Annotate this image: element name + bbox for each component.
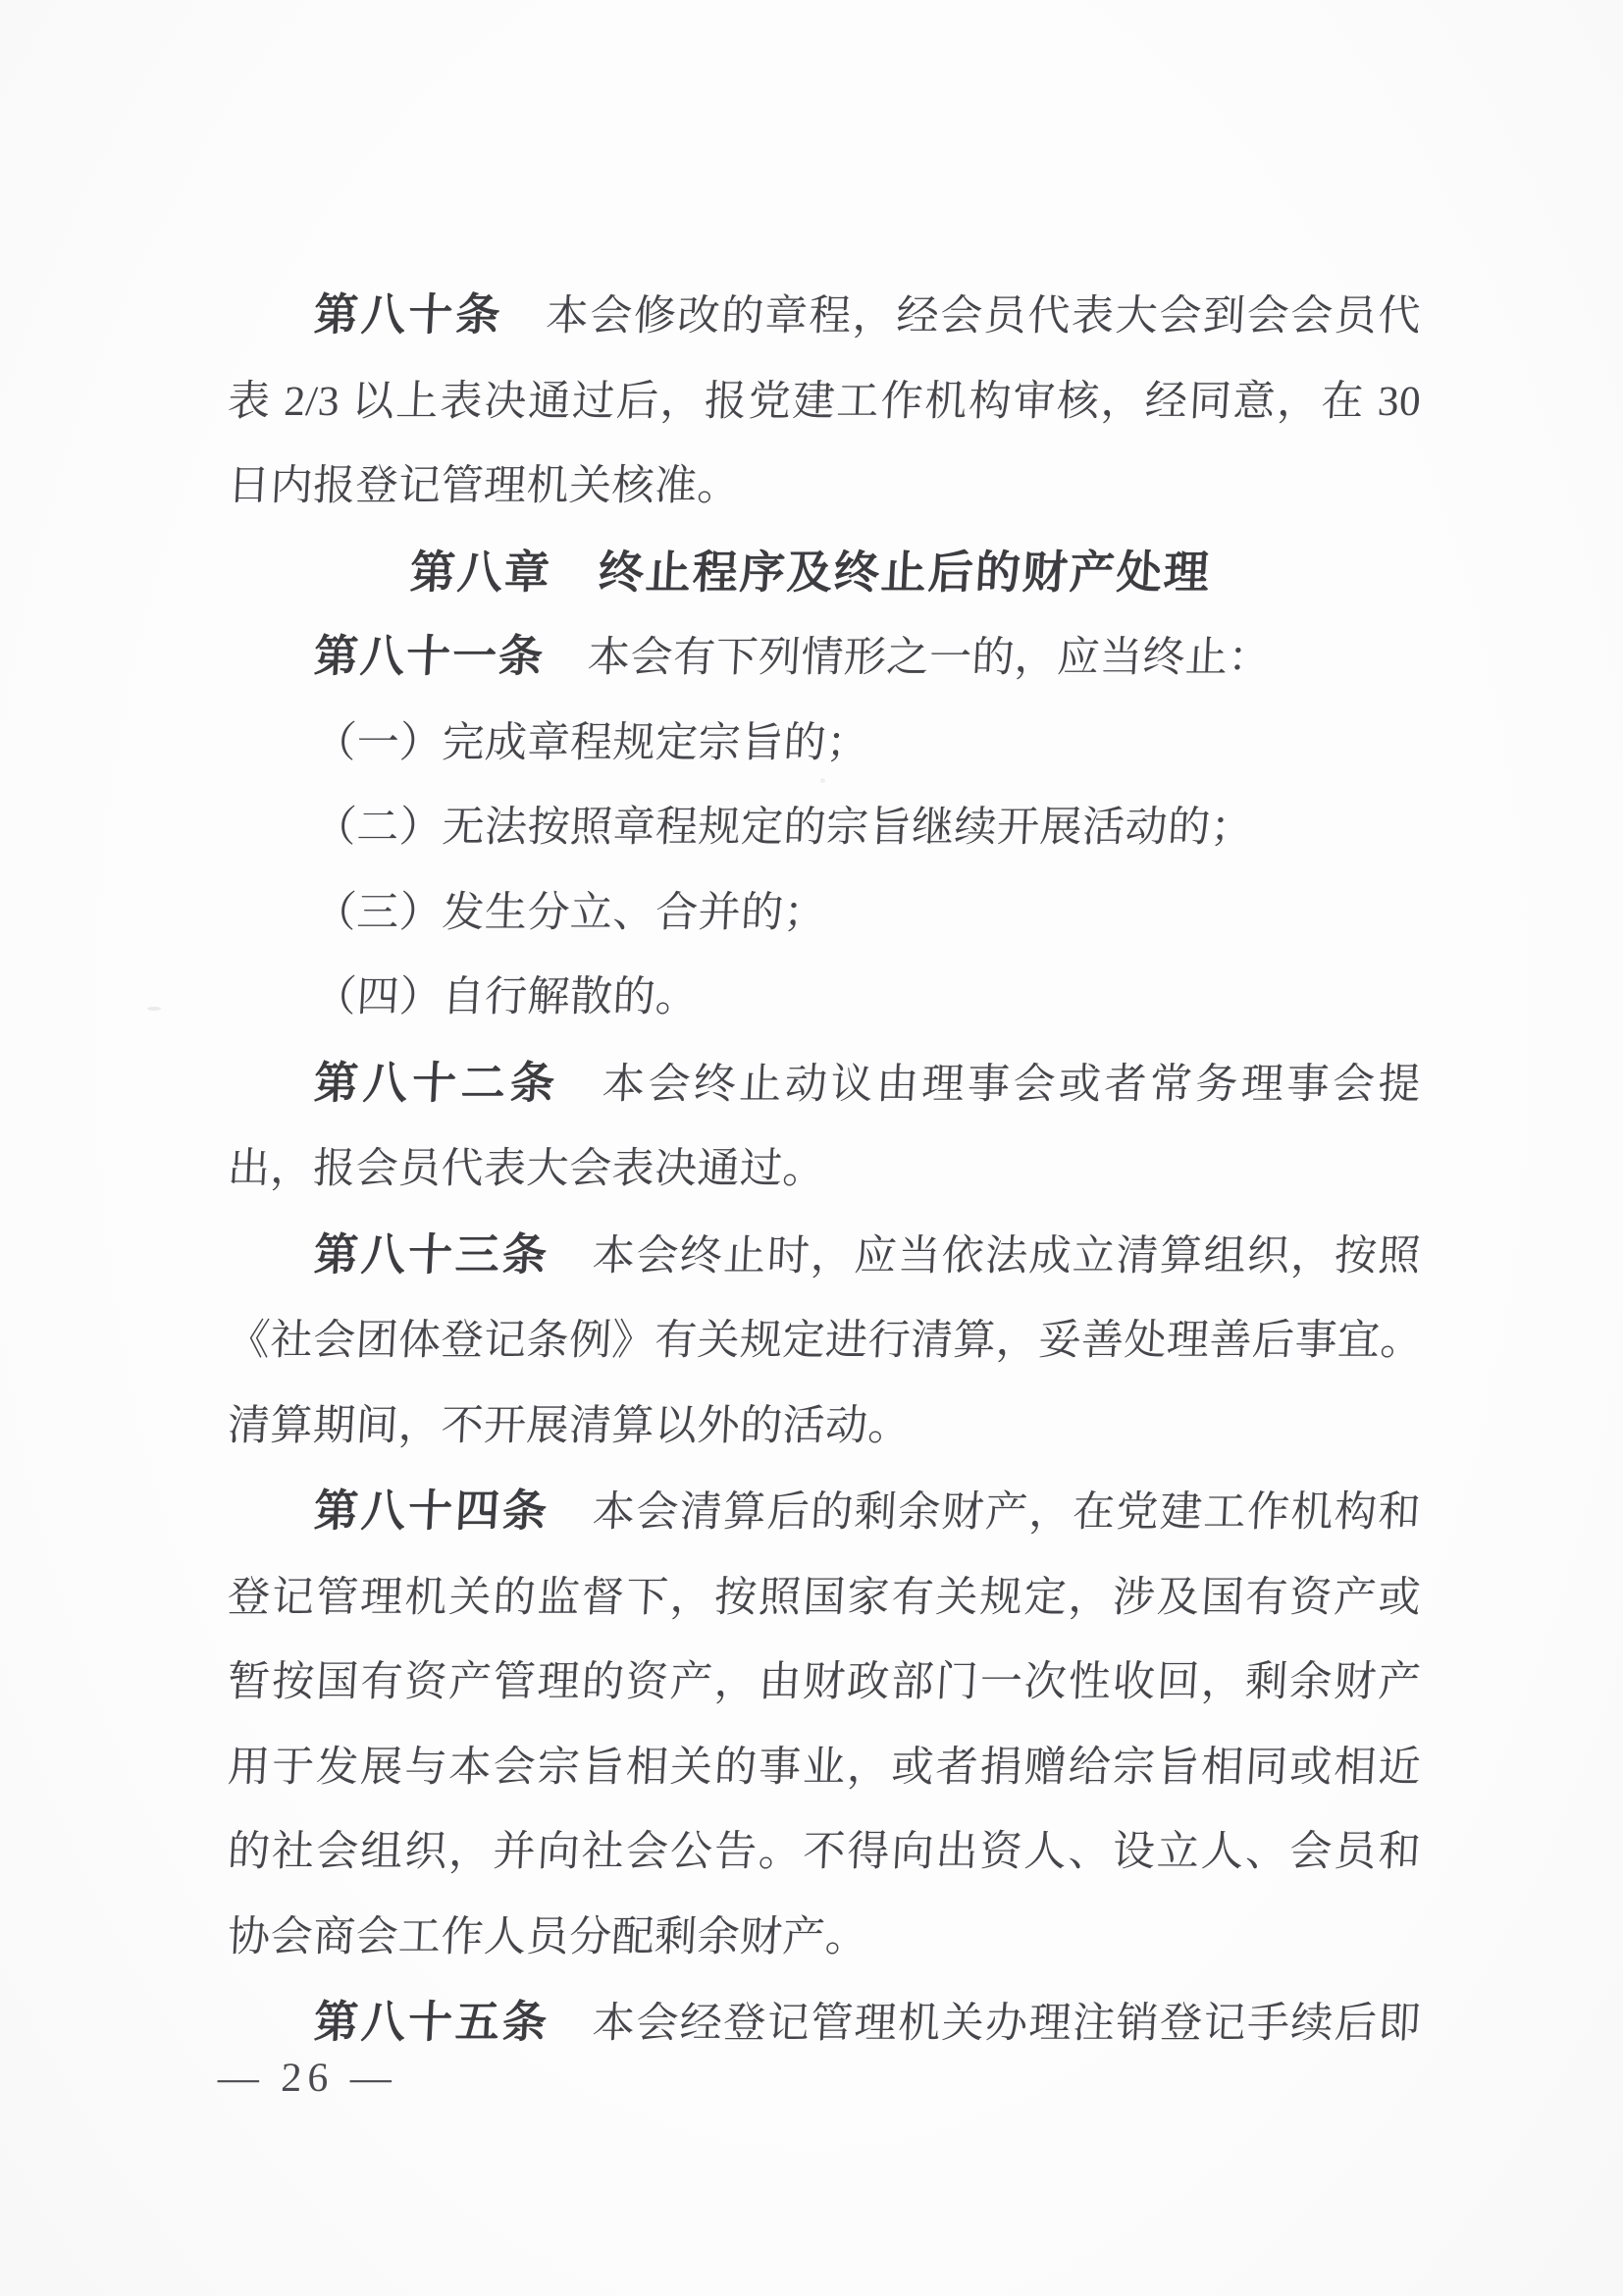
document-line: 的社会组织，并向社会公告。不得向出资人、设立人、会员和 (226, 1810, 1424, 1896)
line-text: （三）发生分立、合并的； (313, 890, 827, 936)
article-number-label: 第八十条 (313, 289, 504, 339)
document-line: 第八十五条本会经登记管理机关办理注销登记手续后即 (226, 1980, 1424, 2067)
line-text: （四）自行解散的。 (313, 974, 700, 1020)
line-text: 清算期间，不开展清算以外的活动。 (227, 1403, 912, 1449)
document-line: 第八十三条本会终止时，应当依法成立清算组织，按照 (226, 1213, 1424, 1300)
document-line: 日内报登记管理机关核准。 (226, 444, 1424, 530)
line-text: 的社会组织，并向社会公告。不得向出资人、设立人、会员和 (227, 1829, 1422, 1875)
scanned-document-page: 第八十条本会修改的章程，经会员代表大会到会会员代表 2/3 以上表决通过后，报党… (0, 0, 1623, 2296)
scan-speckle (147, 1007, 161, 1011)
document-line: 用于发展与本会宗旨相关的事业，或者捐赠给宗旨相同或相近 (226, 1726, 1424, 1811)
line-text: 用于发展与本会宗旨相关的事业，或者捐赠给宗旨相同或相近 (227, 1745, 1422, 1791)
document-line: 第八十一条本会有下列情形之一的，应当终止： (226, 614, 1424, 702)
article-number-label: 第八十四条 (313, 1486, 551, 1536)
document-line: 登记管理机关的监督下，按照国家有关规定，涉及国有资产或 (226, 1556, 1424, 1642)
line-text: 本会终止时，应当依法成立清算组织，按照 (592, 1233, 1423, 1279)
line-text: 本会有下列情形之一的，应当终止： (587, 635, 1272, 681)
line-text: 《社会团体登记条例》有关规定进行清算，妥善处理善后事宜。 (227, 1318, 1424, 1364)
line-text: 本会清算后的剩余财产，在党建工作机构和 (592, 1489, 1423, 1536)
document-line: （四）自行解散的。 (226, 956, 1424, 1041)
document-line: （一）完成章程规定宗旨的； (226, 702, 1424, 787)
document-line: 第八十四条本会清算后的剩余财产，在党建工作机构和 (226, 1469, 1424, 1556)
document-body: 第八十条本会修改的章程，经会员代表大会到会会员代表 2/3 以上表决通过后，报党… (228, 273, 1421, 2067)
document-line: （二）无法按照章程规定的宗旨继续开展活动的； (226, 786, 1424, 871)
line-text: 表 2/3 以上表决通过后，报党建工作机构审核，经同意，在 30 (227, 379, 1422, 425)
line-text: 协会商会工作人员分配剩余财产。 (227, 1914, 869, 1960)
article-number-label: 第八十五条 (313, 1997, 551, 2047)
chapter-heading: 第八章 终止程序及终止后的财产处理 (226, 530, 1424, 615)
document-line: 协会商会工作人员分配剩余财产。 (226, 1896, 1424, 1981)
line-text: 日内报登记管理机关核准。 (227, 463, 741, 509)
article-number-label: 第八十二条 (313, 1058, 561, 1108)
document-line: （三）发生分立、合并的； (226, 871, 1424, 957)
line-text: 暂按国有资产管理的资产，由财政部门一次性收回，剩余财产 (227, 1659, 1422, 1705)
line-text: （一）完成章程规定宗旨的； (313, 720, 870, 766)
line-text: 出，报会员代表大会表决通过。 (227, 1146, 826, 1192)
article-number-label: 第八十三条 (313, 1229, 551, 1279)
document-line: 第八十条本会修改的章程，经会员代表大会到会会员代 (226, 273, 1424, 360)
line-text: （二）无法按照章程规定的宗旨继续开展活动的； (313, 805, 1254, 851)
line-text: 本会终止动议由理事会或者常务理事会提 (602, 1062, 1422, 1108)
article-number-label: 第八十一条 (313, 631, 547, 681)
document-line: 暂按国有资产管理的资产，由财政部门一次性收回，剩余财产 (226, 1641, 1424, 1726)
document-line: 表 2/3 以上表决通过后，报党建工作机构审核，经同意，在 30 (226, 360, 1424, 445)
document-line: 出，报会员代表大会表决通过。 (226, 1127, 1424, 1213)
line-text: 本会修改的章程，经会员代表大会到会会员代 (545, 293, 1422, 339)
document-line: 清算期间，不开展清算以外的活动。 (226, 1384, 1424, 1470)
line-text: 第八章 终止程序及终止后的财产处理 (409, 547, 1213, 598)
line-text: 登记管理机关的监督下，按照国家有关规定，涉及国有资产或 (227, 1575, 1422, 1621)
line-text: 本会经登记管理机关办理注销登记手续后即 (592, 2001, 1423, 2047)
page-number: — 26 — (217, 2055, 398, 2102)
document-line: 《社会团体登记条例》有关规定进行清算，妥善处理善后事宜。 (226, 1299, 1424, 1384)
document-line: 第八十二条本会终止动议由理事会或者常务理事会提 (226, 1041, 1424, 1128)
